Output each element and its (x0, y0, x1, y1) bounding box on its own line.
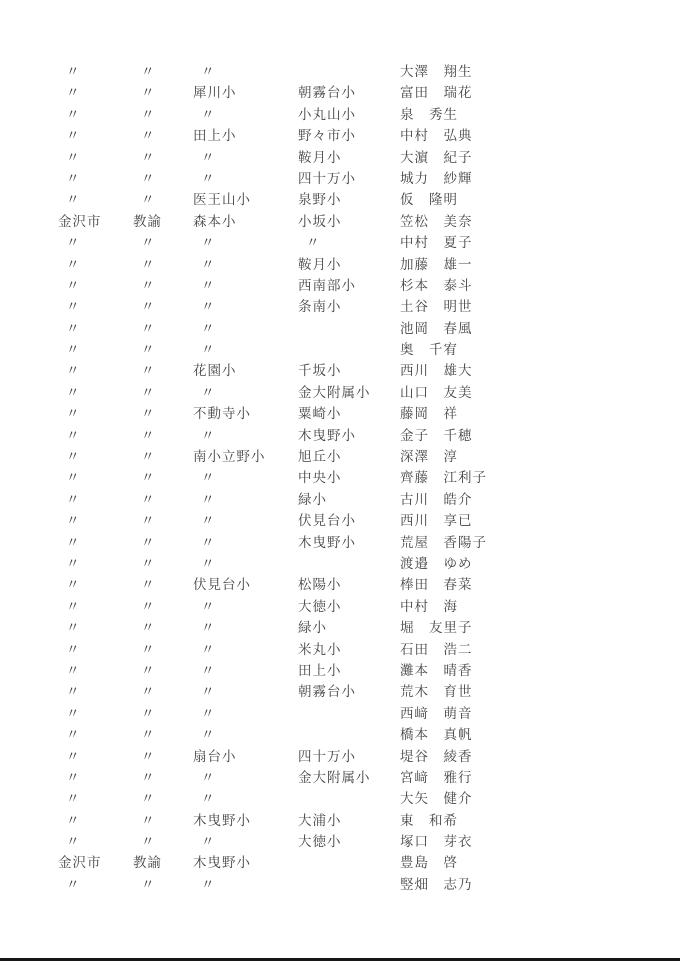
cell-from_school: 医王山小 (193, 189, 298, 210)
ditto-mark: 〃 (58, 574, 133, 595)
ditto-mark: 〃 (58, 82, 133, 103)
cell-to_school: 大徳小 (298, 831, 400, 852)
cell-name: 中村 弘典 (400, 125, 680, 146)
cell-from_school: 森本小 (193, 211, 298, 232)
cell-from_school: 扇台小 (193, 746, 298, 767)
ditto-mark: 〃 (133, 532, 193, 553)
cell-to_school: 中央小 (298, 467, 400, 488)
ditto-mark: 〃 (193, 724, 298, 745)
ditto-mark: 〃 (193, 767, 298, 788)
cell-city: 金沢市 (58, 211, 133, 232)
ditto-mark: 〃 (58, 147, 133, 168)
table-row: 〃〃〃緑小堀 友里子 (0, 617, 680, 638)
ditto-mark: 〃 (193, 339, 298, 360)
table-row: 〃〃田上小野々市小中村 弘典 (0, 125, 680, 146)
ditto-mark: 〃 (58, 489, 133, 510)
table-row: 〃〃〃〃中村 夏子 (0, 232, 680, 253)
table-row: 金沢市教諭森本小小坂小笠松 美奈 (0, 211, 680, 232)
cell-city: 金沢市 (58, 852, 133, 873)
ditto-mark: 〃 (193, 382, 298, 403)
ditto-mark: 〃 (133, 660, 193, 681)
ditto-mark: 〃 (193, 532, 298, 553)
table-row: 〃〃〃竪畑 志乃 (0, 874, 680, 895)
ditto-mark: 〃 (133, 254, 193, 275)
cell-from_school: 伏見台小 (193, 574, 298, 595)
ditto-mark: 〃 (133, 382, 193, 403)
ditto-mark: 〃 (58, 61, 133, 82)
ditto-mark: 〃 (193, 104, 298, 125)
table-row: 〃〃〃田上小灘本 晴香 (0, 660, 680, 681)
table-row: 〃〃〃伏見台小西川 享已 (0, 510, 680, 531)
ditto-mark: 〃 (133, 746, 193, 767)
table-row: 金沢市教諭木曳野小豊島 啓 (0, 852, 680, 873)
ditto-mark: 〃 (58, 275, 133, 296)
cell-name: 西川 享已 (400, 510, 680, 531)
ditto-mark: 〃 (58, 767, 133, 788)
cell-name: 棒田 春菜 (400, 574, 680, 595)
ditto-mark: 〃 (133, 425, 193, 446)
ditto-mark: 〃 (193, 788, 298, 809)
cell-to_school (298, 724, 400, 745)
cell-name: 仮 隆明 (400, 189, 680, 210)
ditto-mark: 〃 (193, 553, 298, 574)
ditto-mark: 〃 (58, 831, 133, 852)
ditto-mark: 〃 (193, 232, 298, 253)
table-row: 〃〃〃小丸山小泉 秀生 (0, 104, 680, 125)
cell-name: 加藤 雄一 (400, 254, 680, 275)
cell-from_school: 木曳野小 (193, 852, 298, 873)
cell-from_school: 犀川小 (193, 82, 298, 103)
ditto-mark: 〃 (133, 724, 193, 745)
ditto-mark: 〃 (58, 467, 133, 488)
ditto-mark: 〃 (193, 147, 298, 168)
table-row: 〃〃〃四十万小城力 紗輝 (0, 168, 680, 189)
cell-name: 豊島 啓 (400, 852, 680, 873)
ditto-mark: 〃 (58, 553, 133, 574)
cell-role: 教諭 (133, 211, 193, 232)
ditto-mark: 〃 (193, 639, 298, 660)
cell-to_school: 大浦小 (298, 810, 400, 831)
ditto-mark: 〃 (58, 724, 133, 745)
cell-name: 石田 浩二 (400, 639, 680, 660)
ditto-mark: 〃 (133, 617, 193, 638)
cell-name: 大濵 紀子 (400, 147, 680, 168)
table-row: 〃〃〃鞍月小大濵 紀子 (0, 147, 680, 168)
ditto-mark: 〃 (133, 82, 193, 103)
ditto-mark: 〃 (193, 703, 298, 724)
cell-name: 西川 雄大 (400, 360, 680, 381)
cell-from_school: 南小立野小 (193, 446, 298, 467)
cell-to_school: 朝霧台小 (298, 82, 400, 103)
cell-to_school: 金大附属小 (298, 767, 400, 788)
cell-name: 渡邉 ゆめ (400, 553, 680, 574)
table-row: 〃〃〃条南小土谷 明世 (0, 296, 680, 317)
cell-to_school: 四十万小 (298, 168, 400, 189)
ditto-mark: 〃 (133, 831, 193, 852)
cell-to_school: 粟崎小 (298, 403, 400, 424)
cell-to_school (298, 318, 400, 339)
ditto-mark: 〃 (193, 425, 298, 446)
cell-name: 中村 夏子 (400, 232, 680, 253)
table-row: 〃〃〃池岡 春風 (0, 318, 680, 339)
ditto-mark: 〃 (58, 318, 133, 339)
cell-to_school: 木曳野小 (298, 532, 400, 553)
cell-name: 古川 皓介 (400, 489, 680, 510)
ditto-mark: 〃 (133, 639, 193, 660)
ditto-mark: 〃 (58, 532, 133, 553)
ditto-mark: 〃 (133, 767, 193, 788)
ditto-mark: 〃 (58, 425, 133, 446)
ditto-mark: 〃 (58, 254, 133, 275)
cell-to_school: 松陽小 (298, 574, 400, 595)
ditto-mark: 〃 (133, 681, 193, 702)
cell-name: 荒木 育世 (400, 681, 680, 702)
cell-role: 教諭 (133, 852, 193, 873)
table-row: 〃〃〃緑小古川 皓介 (0, 489, 680, 510)
cell-name: 奥 千宥 (400, 339, 680, 360)
ditto-mark: 〃 (58, 681, 133, 702)
cell-to_school (298, 553, 400, 574)
ditto-mark: 〃 (133, 553, 193, 574)
ditto-mark: 〃 (133, 232, 193, 253)
document-page: 〃〃〃大澤 翔生〃〃犀川小朝霧台小富田 瑞花〃〃〃小丸山小泉 秀生〃〃田上小野々… (0, 0, 680, 961)
ditto-mark: 〃 (133, 125, 193, 146)
table-row: 〃〃〃大澤 翔生 (0, 61, 680, 82)
ditto-mark: 〃 (193, 296, 298, 317)
ditto-mark: 〃 (133, 147, 193, 168)
cell-to_school: 四十万小 (298, 746, 400, 767)
cell-name: 杉本 泰斗 (400, 275, 680, 296)
cell-to_school: 大徳小 (298, 596, 400, 617)
ditto-mark: 〃 (193, 275, 298, 296)
table-row: 〃〃犀川小朝霧台小富田 瑞花 (0, 82, 680, 103)
cell-to_school: 千坂小 (298, 360, 400, 381)
cell-to_school (298, 788, 400, 809)
table-row: 〃〃〃奥 千宥 (0, 339, 680, 360)
cell-to_school: 鞍月小 (298, 147, 400, 168)
cell-name: 堀 友里子 (400, 617, 680, 638)
cell-name: 中村 海 (400, 596, 680, 617)
table-row: 〃〃〃木曳野小荒屋 香陽子 (0, 532, 680, 553)
cell-to_school: 野々市小 (298, 125, 400, 146)
table-row: 〃〃木曳野小大浦小東 和希 (0, 810, 680, 831)
ditto-mark: 〃 (58, 168, 133, 189)
ditto-mark: 〃 (133, 61, 193, 82)
ditto-mark: 〃 (193, 168, 298, 189)
ditto-mark: 〃 (193, 874, 298, 895)
cell-name: 西﨑 萌音 (400, 703, 680, 724)
cell-name: 灘本 晴香 (400, 660, 680, 681)
ditto-mark: 〃 (133, 467, 193, 488)
ditto-mark: 〃 (58, 446, 133, 467)
transfer-table: 〃〃〃大澤 翔生〃〃犀川小朝霧台小富田 瑞花〃〃〃小丸山小泉 秀生〃〃田上小野々… (0, 61, 680, 895)
ditto-mark: 〃 (193, 467, 298, 488)
cell-name: 橋本 真帆 (400, 724, 680, 745)
ditto-mark: 〃 (193, 510, 298, 531)
cell-to_school: 米丸小 (298, 639, 400, 660)
ditto-mark: 〃 (133, 339, 193, 360)
cell-from_school: 不動寺小 (193, 403, 298, 424)
ditto-mark: 〃 (133, 318, 193, 339)
cell-name: 泉 秀生 (400, 104, 680, 125)
ditto-mark: 〃 (58, 104, 133, 125)
cell-to_school (298, 852, 400, 873)
table-row: 〃〃南小立野小旭丘小深澤 淳 (0, 446, 680, 467)
cell-from_school: 花園小 (193, 360, 298, 381)
ditto-mark: 〃 (133, 874, 193, 895)
table-row: 〃〃不動寺小粟崎小藤岡 祥 (0, 403, 680, 424)
cell-name: 城力 紗輝 (400, 168, 680, 189)
cell-to_school: 鞍月小 (298, 254, 400, 275)
ditto-mark: 〃 (133, 168, 193, 189)
ditto-mark: 〃 (58, 617, 133, 638)
ditto-mark: 〃 (58, 660, 133, 681)
cell-name: 大矢 健介 (400, 788, 680, 809)
cell-to_school (298, 703, 400, 724)
cell-to_school: 条南小 (298, 296, 400, 317)
ditto-mark: 〃 (133, 275, 193, 296)
cell-name: 堤谷 綾香 (400, 746, 680, 767)
ditto-mark: 〃 (133, 788, 193, 809)
ditto-mark: 〃 (58, 339, 133, 360)
cell-to_school: 金大附属小 (298, 382, 400, 403)
cell-name: 富田 瑞花 (400, 82, 680, 103)
cell-name: 土谷 明世 (400, 296, 680, 317)
ditto-mark: 〃 (193, 318, 298, 339)
cell-to_school: 西南部小 (298, 275, 400, 296)
ditto-mark: 〃 (133, 703, 193, 724)
ditto-mark: 〃 (193, 489, 298, 510)
table-row: 〃〃〃大徳小中村 海 (0, 596, 680, 617)
table-row: 〃〃花園小千坂小西川 雄大 (0, 360, 680, 381)
ditto-mark: 〃 (193, 831, 298, 852)
table-row: 〃〃〃西南部小杉本 泰斗 (0, 275, 680, 296)
table-row: 〃〃〃大矢 健介 (0, 788, 680, 809)
ditto-mark: 〃 (133, 360, 193, 381)
ditto-mark: 〃 (298, 232, 400, 253)
cell-to_school: 朝霧台小 (298, 681, 400, 702)
table-row: 〃〃〃米丸小石田 浩二 (0, 639, 680, 660)
cell-name: 東 和希 (400, 810, 680, 831)
ditto-mark: 〃 (193, 617, 298, 638)
cell-name: 笠松 美奈 (400, 211, 680, 232)
table-row: 〃〃〃木曳野小金子 千穂 (0, 425, 680, 446)
table-row: 〃〃〃渡邉 ゆめ (0, 553, 680, 574)
ditto-mark: 〃 (58, 510, 133, 531)
table-row: 〃〃医王山小泉野小仮 隆明 (0, 189, 680, 210)
cell-name: 竪畑 志乃 (400, 874, 680, 895)
cell-name: 山口 友美 (400, 382, 680, 403)
ditto-mark: 〃 (193, 681, 298, 702)
ditto-mark: 〃 (133, 446, 193, 467)
ditto-mark: 〃 (133, 810, 193, 831)
table-row: 〃〃〃橋本 真帆 (0, 724, 680, 745)
table-row: 〃〃伏見台小松陽小棒田 春菜 (0, 574, 680, 595)
ditto-mark: 〃 (58, 382, 133, 403)
cell-name: 金子 千穂 (400, 425, 680, 446)
ditto-mark: 〃 (193, 660, 298, 681)
ditto-mark: 〃 (58, 874, 133, 895)
ditto-mark: 〃 (58, 596, 133, 617)
cell-to_school: 伏見台小 (298, 510, 400, 531)
cell-to_school: 木曳野小 (298, 425, 400, 446)
cell-to_school: 小坂小 (298, 211, 400, 232)
cell-to_school: 泉野小 (298, 189, 400, 210)
cell-to_school: 田上小 (298, 660, 400, 681)
ditto-mark: 〃 (58, 125, 133, 146)
table-row: 〃〃〃金大附属小山口 友美 (0, 382, 680, 403)
table-row: 〃〃〃鞍月小加藤 雄一 (0, 254, 680, 275)
ditto-mark: 〃 (58, 788, 133, 809)
cell-name: 藤岡 祥 (400, 403, 680, 424)
ditto-mark: 〃 (58, 189, 133, 210)
ditto-mark: 〃 (58, 296, 133, 317)
cell-name: 深澤 淳 (400, 446, 680, 467)
ditto-mark: 〃 (58, 810, 133, 831)
table-row: 〃〃〃大徳小塚口 芽衣 (0, 831, 680, 852)
ditto-mark: 〃 (58, 403, 133, 424)
cell-to_school (298, 874, 400, 895)
cell-to_school (298, 339, 400, 360)
ditto-mark: 〃 (58, 360, 133, 381)
cell-name: 塚口 芽衣 (400, 831, 680, 852)
cell-to_school: 緑小 (298, 617, 400, 638)
table-row: 〃〃〃朝霧台小荒木 育世 (0, 681, 680, 702)
ditto-mark: 〃 (193, 61, 298, 82)
ditto-mark: 〃 (133, 296, 193, 317)
cell-from_school: 木曳野小 (193, 810, 298, 831)
cell-name: 大澤 翔生 (400, 61, 680, 82)
ditto-mark: 〃 (58, 639, 133, 660)
table-row: 〃〃〃西﨑 萌音 (0, 703, 680, 724)
ditto-mark: 〃 (193, 254, 298, 275)
cell-name: 池岡 春風 (400, 318, 680, 339)
ditto-mark: 〃 (58, 703, 133, 724)
cell-to_school: 小丸山小 (298, 104, 400, 125)
cell-to_school: 旭丘小 (298, 446, 400, 467)
ditto-mark: 〃 (133, 574, 193, 595)
ditto-mark: 〃 (133, 510, 193, 531)
ditto-mark: 〃 (58, 746, 133, 767)
ditto-mark: 〃 (133, 104, 193, 125)
cell-name: 荒屋 香陽子 (400, 532, 680, 553)
ditto-mark: 〃 (133, 189, 193, 210)
cell-name: 宮﨑 雅行 (400, 767, 680, 788)
ditto-mark: 〃 (58, 232, 133, 253)
ditto-mark: 〃 (133, 596, 193, 617)
table-row: 〃〃〃中央小齊藤 江利子 (0, 467, 680, 488)
ditto-mark: 〃 (193, 596, 298, 617)
ditto-mark: 〃 (133, 489, 193, 510)
cell-from_school: 田上小 (193, 125, 298, 146)
cell-to_school (298, 61, 400, 82)
cell-name: 齊藤 江利子 (400, 467, 680, 488)
cell-to_school: 緑小 (298, 489, 400, 510)
table-row: 〃〃扇台小四十万小堤谷 綾香 (0, 746, 680, 767)
ditto-mark: 〃 (133, 403, 193, 424)
table-row: 〃〃〃金大附属小宮﨑 雅行 (0, 767, 680, 788)
